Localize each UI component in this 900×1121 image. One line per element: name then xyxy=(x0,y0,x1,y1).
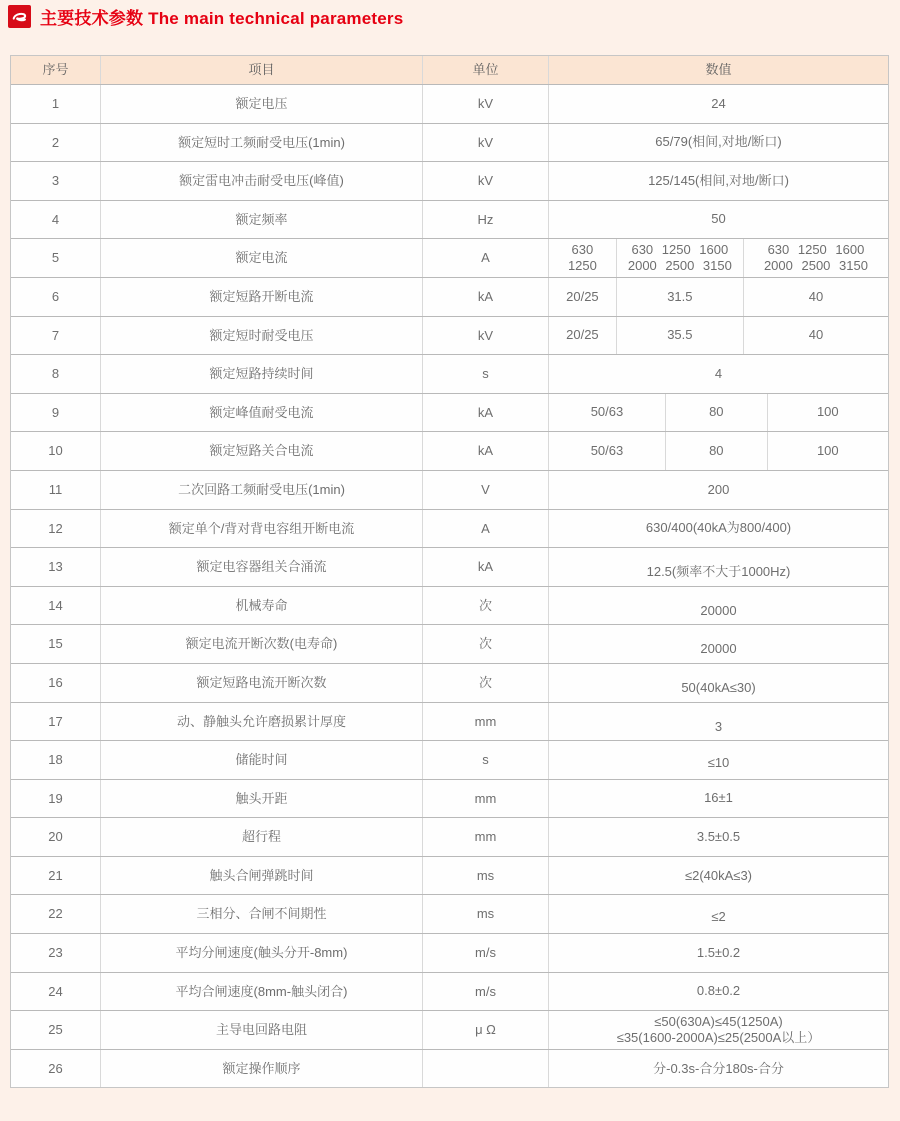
table-row: 12额定单个/背对背电容组开断电流A630/400(40kA为800/400) xyxy=(11,509,888,548)
item-cell: 主导电回路电阻 xyxy=(101,1011,423,1049)
value-text: 20000 xyxy=(549,587,888,625)
value-cell: 3 xyxy=(549,703,888,741)
item-cell: 平均合闸速度(8mm-触头闭合) xyxy=(101,973,423,1011)
unit-cell: kA xyxy=(423,394,549,432)
table-header-row: 序号 项目 单位 数值 xyxy=(11,56,888,84)
value-text: 分-0.3s-合分180s-合分 xyxy=(549,1050,888,1088)
header-unit: 单位 xyxy=(423,56,549,84)
item-cell: 额定雷电冲击耐受电压(峰值) xyxy=(101,162,423,200)
row-number-cell: 19 xyxy=(11,780,101,818)
row-number-cell: 21 xyxy=(11,857,101,895)
value-cell: 20/2535.540 xyxy=(549,317,888,355)
table-row: 6额定短路开断电流kA20/2531.540 xyxy=(11,277,888,316)
value-text: 630/400(40kA为800/400) xyxy=(549,510,888,548)
unit-cell: ms xyxy=(423,857,549,895)
value-subcell: 20/25 xyxy=(549,278,617,316)
value-cell: 4 xyxy=(549,355,888,393)
table-row: 22三相分、合闸不间期性ms≤2 xyxy=(11,894,888,933)
value-text: ≤10 xyxy=(549,741,888,779)
value-cell: 16±1 xyxy=(549,780,888,818)
value-cell: 分-0.3s-合分180s-合分 xyxy=(549,1050,888,1088)
unit-cell: 次 xyxy=(423,625,549,663)
row-number-cell: 10 xyxy=(11,432,101,470)
table-row: 14机械寿命次20000 xyxy=(11,586,888,625)
value-text: 4 xyxy=(549,355,888,393)
row-number-cell: 12 xyxy=(11,510,101,548)
row-number-cell: 1 xyxy=(11,85,101,123)
value-text: ≤2(40kA≤3) xyxy=(549,857,888,895)
item-cell: 储能时间 xyxy=(101,741,423,779)
unit-cell: s xyxy=(423,355,549,393)
page-title-en: The main technical parameters xyxy=(148,9,403,28)
item-cell: 额定单个/背对背电容组开断电流 xyxy=(101,510,423,548)
unit-cell: mm xyxy=(423,780,549,818)
swoosh-logo-icon xyxy=(8,5,31,28)
item-cell: 二次回路工频耐受电压(1min) xyxy=(101,471,423,509)
value-cell: 50/6380100 xyxy=(549,432,888,470)
value-cell: 3.5±0.5 xyxy=(549,818,888,856)
value-cell: ≤2 xyxy=(549,895,888,933)
item-cell: 额定频率 xyxy=(101,201,423,239)
value-cell: 125/145(相间,对地/断口) xyxy=(549,162,888,200)
value-text: 50(40kA≤30) xyxy=(549,664,888,702)
unit-cell: mm xyxy=(423,703,549,741)
item-cell: 额定电流 xyxy=(101,239,423,277)
value-subcell: 50/63 xyxy=(549,394,666,432)
value-text: 50 xyxy=(549,201,888,239)
table-row: 1额定电压kV24 xyxy=(11,84,888,123)
table-row: 20超行程mm3.5±0.5 xyxy=(11,817,888,856)
row-number-cell: 13 xyxy=(11,548,101,586)
value-subcell: 31.5 xyxy=(617,278,744,316)
unit-cell: kV xyxy=(423,85,549,123)
value-text: 0.8±0.2 xyxy=(549,973,888,1011)
table-row: 2额定短时工频耐受电压(1min)kV65/79(相间,对地/断口) xyxy=(11,123,888,162)
item-cell: 额定短时工频耐受电压(1min) xyxy=(101,124,423,162)
value-cell: 12.5(频率不大于1000Hz) xyxy=(549,548,888,586)
item-cell: 平均分闸速度(触头分开-8mm) xyxy=(101,934,423,972)
row-number-cell: 25 xyxy=(11,1011,101,1049)
table-row: 3额定雷电冲击耐受电压(峰值)kV125/145(相间,对地/断口) xyxy=(11,161,888,200)
unit-cell: kA xyxy=(423,432,549,470)
unit-cell: s xyxy=(423,741,549,779)
table-row: 15额定电流开断次数(电寿命)次20000 xyxy=(11,624,888,663)
row-number-cell: 23 xyxy=(11,934,101,972)
unit-cell: V xyxy=(423,471,549,509)
table-row: 25主导电回路电阻μ Ω≤50(630A)≤45(1250A) ≤35(1600… xyxy=(11,1010,888,1049)
value-text: 20000 xyxy=(549,625,888,663)
value-subcell: 35.5 xyxy=(617,317,744,355)
value-text: 200 xyxy=(549,471,888,509)
value-text: 65/79(相间,对地/断口) xyxy=(549,124,888,162)
row-number-cell: 18 xyxy=(11,741,101,779)
item-cell: 额定短路关合电流 xyxy=(101,432,423,470)
value-text: 24 xyxy=(549,85,888,123)
header-no: 序号 xyxy=(11,56,101,84)
unit-cell: m/s xyxy=(423,934,549,972)
item-cell: 三相分、合闸不间期性 xyxy=(101,895,423,933)
unit-cell: kV xyxy=(423,317,549,355)
section-title-bar: 主要技术参数 The main technical parameters xyxy=(8,4,403,29)
row-number-cell: 11 xyxy=(11,471,101,509)
value-text: ≤50(630A)≤45(1250A) ≤35(1600-2000A)≤25(2… xyxy=(549,1011,888,1049)
table-row: 23平均分闸速度(触头分开-8mm)m/s1.5±0.2 xyxy=(11,933,888,972)
value-cell: 20000 xyxy=(549,587,888,625)
value-cell: 0.8±0.2 xyxy=(549,973,888,1011)
value-cell: 50(40kA≤30) xyxy=(549,664,888,702)
technical-parameters-table: 序号 项目 单位 数值 1额定电压kV242额定短时工频耐受电压(1min)kV… xyxy=(10,55,889,1088)
value-subcell: 100 xyxy=(768,394,888,432)
item-cell: 额定短路电流开断次数 xyxy=(101,664,423,702)
item-cell: 触头开距 xyxy=(101,780,423,818)
unit-cell: A xyxy=(423,510,549,548)
row-number-cell: 16 xyxy=(11,664,101,702)
item-cell: 超行程 xyxy=(101,818,423,856)
row-number-cell: 5 xyxy=(11,239,101,277)
row-number-cell: 15 xyxy=(11,625,101,663)
table-rows: 1额定电压kV242额定短时工频耐受电压(1min)kV65/79(相间,对地/… xyxy=(11,84,888,1087)
value-text: 12.5(频率不大于1000Hz) xyxy=(549,548,888,586)
unit-cell: kV xyxy=(423,124,549,162)
row-number-cell: 6 xyxy=(11,278,101,316)
item-cell: 额定电容器组关合涌流 xyxy=(101,548,423,586)
table-row: 19触头开距mm16±1 xyxy=(11,779,888,818)
unit-cell: kV xyxy=(423,162,549,200)
page-title-cn: 主要技术参数 xyxy=(40,9,143,28)
table-row: 18储能时间s≤10 xyxy=(11,740,888,779)
table-row: 21触头合闸弹跳时间ms≤2(40kA≤3) xyxy=(11,856,888,895)
page: 主要技术参数 The main technical parameters 序号 … xyxy=(0,0,900,1121)
item-cell: 动、静触头允许磨损累计厚度 xyxy=(101,703,423,741)
table-row: 16额定短路电流开断次数次50(40kA≤30) xyxy=(11,663,888,702)
page-title: 主要技术参数 The main technical parameters xyxy=(40,4,403,29)
item-cell: 额定操作顺序 xyxy=(101,1050,423,1088)
value-cell: 200 xyxy=(549,471,888,509)
row-number-cell: 2 xyxy=(11,124,101,162)
value-subcell: 40 xyxy=(744,317,888,355)
value-cell: ≤10 xyxy=(549,741,888,779)
row-number-cell: 14 xyxy=(11,587,101,625)
row-number-cell: 7 xyxy=(11,317,101,355)
value-subcell: 50/63 xyxy=(549,432,666,470)
header-item: 项目 xyxy=(101,56,423,84)
value-text: ≤2 xyxy=(549,895,888,933)
value-cell: ≤2(40kA≤3) xyxy=(549,857,888,895)
value-cell: 630/400(40kA为800/400) xyxy=(549,510,888,548)
value-text: 3.5±0.5 xyxy=(549,818,888,856)
value-subcell: 630 1250 1600 2000 2500 3150 xyxy=(617,239,744,277)
value-subcell: 630 1250 xyxy=(549,239,617,277)
unit-cell: Hz xyxy=(423,201,549,239)
item-cell: 触头合闸弹跳时间 xyxy=(101,857,423,895)
value-subcell: 20/25 xyxy=(549,317,617,355)
row-number-cell: 4 xyxy=(11,201,101,239)
unit-cell: kA xyxy=(423,548,549,586)
table-row: 7额定短时耐受电压kV20/2535.540 xyxy=(11,316,888,355)
item-cell: 额定峰值耐受电流 xyxy=(101,394,423,432)
unit-cell: A xyxy=(423,239,549,277)
unit-cell: 次 xyxy=(423,664,549,702)
value-cell: 20000 xyxy=(549,625,888,663)
table-row: 11二次回路工频耐受电压(1min)V200 xyxy=(11,470,888,509)
value-text: 125/145(相间,对地/断口) xyxy=(549,162,888,200)
item-cell: 额定电压 xyxy=(101,85,423,123)
item-cell: 额定电流开断次数(电寿命) xyxy=(101,625,423,663)
value-cell: 24 xyxy=(549,85,888,123)
header-value: 数值 xyxy=(549,56,888,84)
unit-cell: 次 xyxy=(423,587,549,625)
row-number-cell: 17 xyxy=(11,703,101,741)
row-number-cell: 9 xyxy=(11,394,101,432)
row-number-cell: 24 xyxy=(11,973,101,1011)
table-row: 8额定短路持续时间s4 xyxy=(11,354,888,393)
row-number-cell: 26 xyxy=(11,1050,101,1088)
table-row: 9额定峰值耐受电流kA50/6380100 xyxy=(11,393,888,432)
item-cell: 额定短路开断电流 xyxy=(101,278,423,316)
row-number-cell: 3 xyxy=(11,162,101,200)
table-row: 4额定频率Hz50 xyxy=(11,200,888,239)
row-number-cell: 20 xyxy=(11,818,101,856)
value-text: 1.5±0.2 xyxy=(549,934,888,972)
table-row: 17动、静触头允许磨损累计厚度mm3 xyxy=(11,702,888,741)
value-cell: ≤50(630A)≤45(1250A) ≤35(1600-2000A)≤25(2… xyxy=(549,1011,888,1049)
value-cell: 1.5±0.2 xyxy=(549,934,888,972)
value-subcell: 80 xyxy=(666,394,768,432)
unit-cell: μ Ω xyxy=(423,1011,549,1049)
unit-cell: kA xyxy=(423,278,549,316)
value-subcell: 630 1250 1600 2000 2500 3150 xyxy=(744,239,888,277)
header-value-label: 数值 xyxy=(705,62,731,78)
value-subcell: 40 xyxy=(744,278,888,316)
unit-cell xyxy=(423,1050,549,1088)
value-cell: 20/2531.540 xyxy=(549,278,888,316)
value-text: 16±1 xyxy=(549,780,888,818)
unit-cell: mm xyxy=(423,818,549,856)
unit-cell: ms xyxy=(423,895,549,933)
value-cell: 50/6380100 xyxy=(549,394,888,432)
value-text: 3 xyxy=(549,703,888,741)
unit-cell: m/s xyxy=(423,973,549,1011)
table-row: 26额定操作顺序分-0.3s-合分180s-合分 xyxy=(11,1049,888,1088)
item-cell: 机械寿命 xyxy=(101,587,423,625)
value-subcell: 80 xyxy=(666,432,768,470)
value-cell: 50 xyxy=(549,201,888,239)
table-row: 5额定电流A630 1250630 1250 1600 2000 2500 31… xyxy=(11,238,888,277)
table-row: 24平均合闸速度(8mm-触头闭合)m/s0.8±0.2 xyxy=(11,972,888,1011)
table-row: 13额定电容器组关合涌流kA12.5(频率不大于1000Hz) xyxy=(11,547,888,586)
table-row: 10额定短路关合电流kA50/6380100 xyxy=(11,431,888,470)
value-cell: 630 1250630 1250 1600 2000 2500 3150630 … xyxy=(549,239,888,277)
item-cell: 额定短路持续时间 xyxy=(101,355,423,393)
row-number-cell: 22 xyxy=(11,895,101,933)
row-number-cell: 8 xyxy=(11,355,101,393)
value-cell: 65/79(相间,对地/断口) xyxy=(549,124,888,162)
item-cell: 额定短时耐受电压 xyxy=(101,317,423,355)
value-subcell: 100 xyxy=(768,432,888,470)
